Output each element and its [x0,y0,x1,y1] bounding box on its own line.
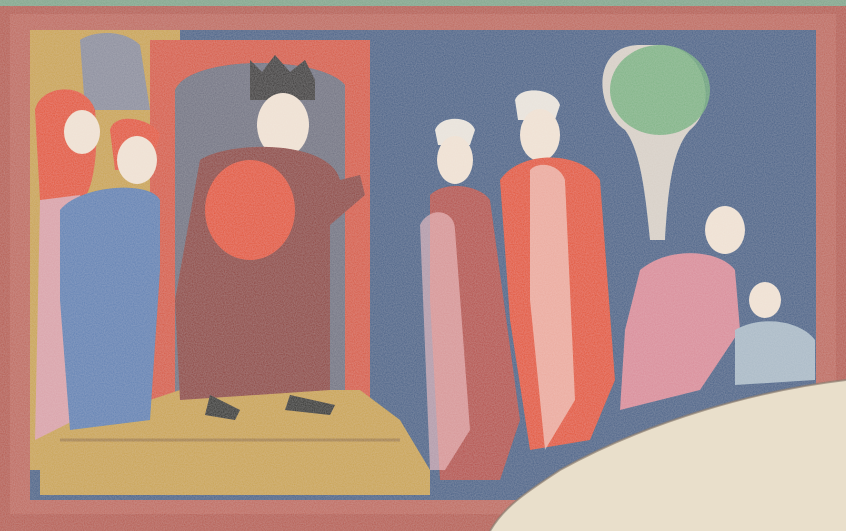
figure-head [705,206,745,254]
tree-foliage [610,45,710,135]
infant-cloth [735,321,815,385]
infant-head [749,282,781,318]
illumination-artwork [0,0,846,531]
manuscript-illumination [0,0,846,531]
king-tunic [205,160,295,260]
attendant-blue-robe [60,188,160,430]
